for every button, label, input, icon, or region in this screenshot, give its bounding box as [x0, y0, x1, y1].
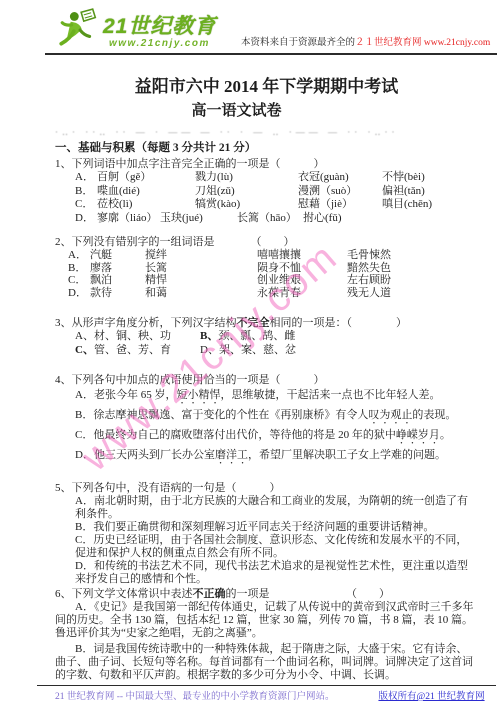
option-term: 创业维艰 — [257, 274, 347, 287]
option-text: 老张今年 65 岁， — [94, 389, 177, 401]
q6-stem-pre: 6、下列文学文体常识中表述 — [55, 588, 193, 600]
option-term: 慰藉（jiè） — [298, 198, 382, 212]
option-term: 戮力(lù) — [195, 171, 298, 185]
option-label: B． — [75, 185, 97, 199]
option-term: 颈、瓢、鸪、雌 — [218, 330, 295, 342]
exam-title: 益阳市六中 2014 年下学期期中考试 — [55, 77, 478, 97]
option-term: 喋血(dié) — [97, 185, 195, 199]
option-text: 南北朝时期，由于北方民族的大融合和工商业的发展，为隋朝的统一创造了有利条件。 — [75, 495, 468, 520]
option-term: 管、爸、芳、育 — [94, 344, 171, 356]
option-term: 长篙 — [145, 262, 257, 275]
option-paragraph: B．词是我国传统诗歌中的一种特殊体裁，起于隋唐之际，大盛于宋。它有诗余、曲子、曲… — [55, 643, 478, 682]
option-term: 左右顾盼 — [347, 274, 478, 287]
option-term: 残无人道 — [347, 287, 478, 300]
option-row: B．喋血(dié)刀俎(zǔ)漫溯（suò）偏袒(tǎn) — [75, 185, 478, 199]
q2-stem: 2、下列没有错别字的一组词语是（ ） — [55, 235, 478, 249]
logo-brand: 21世纪教育 — [103, 16, 216, 38]
option-text: 他三天两头到厂长办公室 — [94, 449, 215, 461]
option-label: C、 — [75, 344, 94, 356]
option-text: 我们要正确贯彻和深刻理解习近平同志关于经济问题的重要讲话精神。 — [93, 521, 434, 533]
q2-answer-parens: （ ） — [251, 236, 295, 248]
option-label: D． — [75, 449, 94, 461]
option-term: 百舸（gě） — [97, 171, 195, 185]
option-row: C．莅校(lì)犒赏(kào)慰藉（jiè）嗔目(chēn) — [75, 198, 478, 212]
q4-stem: 4、下列各句中加点的成语使用恰当的一项是（ ） — [55, 373, 478, 387]
option-term: 黯然失色 — [347, 262, 478, 275]
option-label: D． — [75, 560, 94, 572]
option-label: C． — [68, 274, 90, 287]
illegible-faded-line: ·‥· ··‥ ·· — · —— — ·· · — ‥ ·—— — ·· ·‥… — [55, 127, 478, 137]
option-label: D、 — [200, 344, 219, 356]
site-logo: 21世纪教育 www.21cnjy.com — [55, 7, 216, 49]
q6-stem-post: 的一项是 — [226, 588, 270, 600]
emphasized-idiom: 短小精悍 — [176, 389, 220, 401]
option-label: B、 — [200, 330, 218, 342]
option-term: 精悍 — [145, 274, 257, 287]
q3-stem-pre: 3、从形声字角度分析，下列汉字结构 — [55, 317, 237, 329]
header-note: 本资料来自于资源最齐全的２１世纪教育网 www.21cnjy.com — [241, 34, 490, 48]
exam-paper-page: 21世纪教育 www.21cnjy.com 本资料来自于资源最齐全的２１世纪教育… — [0, 0, 500, 707]
option-paragraph: D．和传统的书法艺术不同，现代书法艺术追求的是视觉性艺术性，更注重以造型来抒发自… — [75, 560, 478, 586]
q6-stem-bold: 不正确 — [193, 588, 226, 600]
option-text: 他最终为自己的腐败堕落付出代价，等待他的将是 20 年的狱中 — [93, 429, 396, 441]
option-label: A、 — [75, 330, 94, 342]
header: 21世纪教育 www.21cnjy.com 本资料来自于资源最齐全的２１世纪教育… — [45, 0, 497, 55]
option-term: 汽艇 — [90, 249, 145, 262]
option-label: D． — [75, 212, 97, 226]
section-heading: 一、基础与积累（每题 3 分共计 21 分） — [55, 141, 478, 155]
exam-subtitle: 高一语文试卷 — [25, 102, 448, 120]
header-note-prefix: 本资料来自于资源最齐全的 — [241, 38, 355, 48]
q1-options: A．百舸（gě）戮力(lù)衣冠(guàn)不悖(bèi) B．喋血(dié)刀… — [55, 171, 478, 225]
header-note-url: www.21cnjy.com — [424, 38, 490, 48]
q2-options: A．汽艇搅绊嘻嘻攘攘毛骨悚然 B．廖落长篙陨身不恤黯然失色 C．飘泊精悍创业维艰… — [55, 249, 478, 299]
option-term: 廖落 — [90, 262, 145, 275]
option-row: D．款待和蔼永葆青春残无人道 — [55, 287, 478, 300]
option-label: C． — [75, 198, 97, 212]
logo-url-text: www.21cnjy.com — [109, 38, 216, 49]
option-row: A、材、铜、秧、功 B、颈、瓢、鸪、雌 — [75, 330, 478, 344]
question-3: 3、从形声字角度分析，下列汉字结构不完全相同的一项是：（ ） A、材、铜、秧、功… — [55, 316, 478, 357]
option-label: B． — [75, 409, 93, 421]
option-row: D．寥廓（liáo）玉玦(jué)长篙（hāo）拊心(fǔ) — [75, 212, 478, 226]
option-term: 材、铜、秧、功 — [94, 330, 171, 342]
q6-stem: 6、下列文学文体常识中表述不正确的一项是 （ ） — [55, 587, 478, 601]
option-term: 陨身不恤 — [257, 262, 347, 275]
option-text: 徐志摩神思飘逸、富于变化的个性在《再别康桥》有令人 — [93, 409, 368, 421]
option-term: 毛骨悚然 — [347, 249, 478, 262]
option-row: C、管、爸、芳、育 D、架、案、慈、忿 — [75, 344, 478, 358]
option-term: 刀俎(zǔ) — [195, 185, 298, 199]
footer-rule — [37, 685, 496, 686]
option-term: 飘泊 — [90, 274, 145, 287]
q3-stem: 3、从形声字角度分析，下列汉字结构不完全相同的一项是：（ ） — [55, 316, 478, 330]
option-paragraph: C．他最终为自己的腐败堕落付出代价，等待他的将是 20 年的狱中峥嵘岁月。 — [75, 427, 478, 447]
option-row: A．百舸（gě）戮力(lù)衣冠(guàn)不悖(bèi) — [75, 171, 478, 185]
option-term: 嗔目(chēn) — [382, 198, 478, 212]
option-label: B． — [68, 262, 90, 275]
option-text: ，思维敏捷，干起活来一点也不比年轻人差。 — [220, 389, 440, 401]
option-row: C．飘泊精悍创业维艰左右顾盼 — [55, 274, 478, 287]
q3-cell: C、管、爸、芳、育 — [75, 344, 200, 358]
footer-copyright-link[interactable]: 版权所有@21 世纪教育网 — [378, 691, 484, 703]
option-text: ，希望厂里解决职工子女上学难的问题。 — [248, 449, 446, 461]
option-row: A．汽艇搅绊嘻嘻攘攘毛骨悚然 — [55, 249, 478, 262]
option-paragraph: A．南北朝时期，由于北方民族的大融合和工商业的发展，为隋朝的统一创造了有利条件。 — [75, 495, 478, 521]
option-label: D． — [68, 287, 90, 300]
option-term: 衣冠(guàn) — [298, 171, 382, 185]
header-note-site: ２１世纪教育网 — [355, 38, 422, 48]
q3-cell: B、颈、瓢、鸪、雌 — [200, 330, 478, 344]
option-term: 款待 — [90, 287, 145, 300]
q2-stem-text: 2、下列没有错别字的一组词语是 — [55, 236, 215, 248]
q3-cell: D、架、案、慈、忿 — [200, 344, 478, 358]
footer-site-description: 21 世纪教育网 -- 中国最大型、最专业的中小学教育资源门户网站。 — [55, 691, 334, 703]
option-row: B．廖落长篙陨身不恤黯然失色 — [55, 262, 478, 275]
option-term: 永葆青春 — [257, 287, 347, 300]
option-term: 和蔼 — [145, 287, 257, 300]
question-1: 1、下列词语中加点字注音完全正确的一项是（ ） A．百舸（gě）戮力(lù)衣冠… — [55, 157, 478, 225]
q1-stem: 1、下列词语中加点字注音完全正确的一项是（ ） — [55, 157, 478, 171]
option-label: C． — [75, 429, 93, 441]
emphasized-idiom: 磨洋工 — [215, 449, 248, 461]
option-label: A． — [75, 171, 97, 185]
option-text: 的表现。 — [412, 409, 456, 421]
runner-logo-icon — [55, 7, 101, 49]
q3-cell: A、材、铜、秧、功 — [75, 330, 200, 344]
question-4: 4、下列各句中加点的成语使用恰当的一项是（ ） A．老张今年 65 岁，短小精悍… — [55, 373, 478, 467]
option-paragraph: A．《史记》是我国第一部纪传体通史，记载了从传说中的黄帝到汉武帝时三千多年间的历… — [55, 601, 478, 640]
option-term: 嘻嘻攘攘 — [257, 249, 347, 262]
option-label: B． — [75, 643, 93, 655]
option-term: 架、案、慈、忿 — [219, 344, 296, 356]
option-label: A． — [68, 249, 90, 262]
option-paragraph: B．我们要正确贯彻和深刻理解习近平同志关于经济问题的重要讲话精神。 — [75, 521, 478, 534]
option-term: 偏袒(tǎn) — [382, 185, 478, 199]
option-text: 历史已经证明，由于各国社会制度、意识形态、文化传统和发展水平的不同，促进和保护人… — [75, 534, 467, 559]
option-text: 《史记》是我国第一部纪传体通史，记载了从传说中的黄帝到汉武帝时三千多年间的历史。… — [55, 601, 473, 639]
option-label: B． — [75, 521, 93, 533]
emphasized-idiom: 峥嵘岁月 — [396, 429, 440, 441]
option-label: A． — [75, 601, 94, 613]
q3-stem-bold: 不完全 — [237, 317, 270, 329]
option-term: 搅绊 — [145, 249, 257, 262]
question-5: 5、下列各句中，没有语病的一句是（ ） A．南北朝时期，由于北方民族的大融合和工… — [55, 481, 478, 586]
option-term: 长篙（hāo） — [237, 212, 303, 226]
question-2: 2、下列没有错别字的一组词语是（ ） A．汽艇搅绊嘻嘻攘攘毛骨悚然 B．廖落长篙… — [55, 235, 478, 299]
option-paragraph: A．老张今年 65 岁，短小精悍，思维敏捷，干起活来一点也不比年轻人差。 — [75, 387, 478, 407]
footer: 21 世纪教育网 -- 中国最大型、最专业的中小学教育资源门户网站。 版权所有@… — [55, 691, 478, 703]
emphasized-idiom: 叹为观止 — [368, 409, 412, 421]
option-term: 不悖(bèi) — [382, 171, 478, 185]
q3-stem-post: 相同的一项是：（ ） — [270, 317, 408, 329]
option-label: A． — [75, 495, 94, 507]
option-text: 。 — [440, 429, 451, 441]
logo-texts: 21世纪教育 www.21cnjy.com — [103, 16, 216, 49]
q6-stem-text: 6、下列文学文体常识中表述不正确的一项是 — [55, 587, 270, 601]
option-term: 漫溯（suò） — [298, 185, 382, 199]
option-term: 拊心(fǔ) — [303, 212, 478, 226]
q6-answer-parens: （ ） — [346, 587, 390, 601]
question-6: 6、下列文学文体常识中表述不正确的一项是 （ ） A．《史记》是我国第一部纪传体… — [55, 587, 478, 682]
option-paragraph: C．历史已经证明，由于各国社会制度、意识形态、文化传统和发展水平的不同，促进和保… — [75, 534, 478, 560]
option-term: 玉玦(jué) — [160, 212, 237, 226]
option-label: C． — [75, 534, 93, 546]
option-text: 词是我国传统诗歌中的一种特殊体裁，起于隋唐之际，大盛于宋。它有诗余、曲子、曲子词… — [55, 643, 473, 681]
option-term: 寥廓（liáo） — [97, 212, 160, 226]
option-text: 和传统的书法艺术不同，现代书法艺术追求的是视觉性艺术性，更注重以造型来抒发自己的… — [75, 560, 468, 585]
option-label: A． — [75, 389, 94, 401]
q3-options: A、材、铜、秧、功 B、颈、瓢、鸪、雌 C、管、爸、芳、育 D、架、案、慈、忿 — [55, 330, 478, 357]
q5-stem: 5、下列各句中，没有语病的一句是（ ） — [55, 481, 478, 495]
option-term: 犒赏(kào) — [195, 198, 298, 212]
option-paragraph: D．他三天两头到厂长办公室磨洋工，希望厂里解决职工子女上学难的问题。 — [75, 447, 478, 467]
option-term: 莅校(lì) — [97, 198, 195, 212]
option-paragraph: B．徐志摩神思飘逸、富于变化的个性在《再别康桥》有令人叹为观止的表现。 — [75, 407, 478, 427]
